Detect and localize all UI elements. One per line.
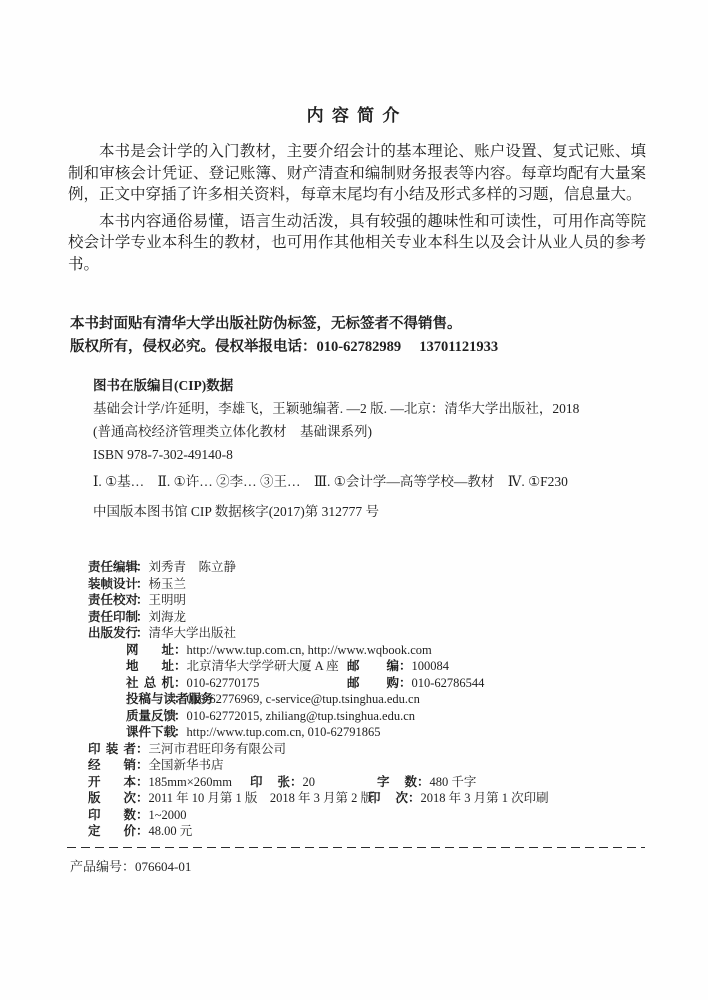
field-value: 185mm×260mm	[149, 775, 232, 789]
field-label: 版次	[88, 790, 136, 807]
colophon-row-website: 网址：http://www.tup.com.cn, http://www.wqb…	[88, 642, 646, 659]
field-value: 王明明	[149, 593, 187, 607]
colon: ：	[417, 775, 430, 789]
summary-paragraph-2: 本书内容通俗易懂，语言生动活泼，具有较强的趣味性和可读性，可用作高等院校会计学专…	[68, 211, 646, 276]
field-label: 印张	[250, 774, 290, 791]
field-value: 100084	[412, 659, 450, 673]
colophon-row-quality-feedback: 质量反馈：010-62772015, zhiliang@tup.tsinghua…	[88, 708, 646, 725]
colon: ：	[174, 725, 187, 739]
field-value: 全国新华书店	[149, 758, 224, 772]
field-value: 1~2000	[149, 808, 187, 822]
colon: ：	[174, 676, 187, 690]
colon: ：	[174, 692, 187, 706]
field-label: 投稿与读者服务	[126, 691, 174, 708]
field-value: 48.00 元	[149, 824, 193, 838]
colon: ：	[399, 676, 412, 690]
colophon: 责任编辑：刘秀青 陈立静 装帧设计：杨玉兰 责任校对：王明明 责任印制：刘海龙 …	[88, 559, 646, 840]
field-value: 480 千字	[430, 775, 477, 789]
word-count-segment: 字数：480 千字	[377, 774, 476, 791]
field-label: 责任印制	[88, 609, 136, 626]
colon: ：	[399, 659, 412, 673]
field-value: 三河市君旺印务有限公司	[149, 742, 287, 756]
product-number-value: 076604-01	[135, 859, 191, 874]
colon: ：	[136, 560, 149, 574]
cip-block: 图书在版编目(CIP)数据 基础会计学/许延明，李雄飞，王颖驰编著. —2 版.…	[93, 374, 651, 523]
colophon-row-edition: 版次：2011 年 10 月第 1 版 2018 年 3 月第 2 版 印次：2…	[88, 790, 646, 807]
field-value: 北京清华大学学研大厦 A 座	[187, 659, 339, 673]
colophon-row-switchboard: 社总机：010-62770175 邮购：010-62786544	[88, 675, 646, 692]
field-label: 质量反馈	[126, 708, 174, 725]
colophon-row-price: 定价：48.00 元	[88, 823, 646, 840]
anti-piracy-line-1: 本书封面贴有清华大学出版社防伪标签，无标签者不得销售。	[70, 313, 646, 336]
field-value: 清华大学出版社	[149, 626, 237, 640]
colon: ：	[136, 610, 149, 624]
colophon-row-designer: 装帧设计：杨玉兰	[88, 576, 646, 593]
colophon-row-reader-service: 投稿与读者服务：010-62776969, c-service@tup.tsin…	[88, 691, 646, 708]
colophon-row-distributor: 经销：全国新华书店	[88, 757, 646, 774]
field-value: 010-62772015, zhiliang@tup.tsinghua.edu.…	[187, 709, 416, 723]
copyright-page: 内 容 简 介 本书是会计学的入门教材，主要介绍会计的基本理论、账户设置、复式记…	[0, 0, 708, 1000]
field-label: 出版发行	[88, 625, 136, 642]
field-value: 刘海龙	[149, 610, 187, 624]
cip-classification: Ⅰ. ①基… Ⅱ. ①许… ②李… ③王… Ⅲ. ①会计学—高等学校—教材 Ⅳ.…	[93, 470, 651, 493]
field-value: 刘秀青 陈立静	[149, 560, 237, 574]
field-value: 20	[303, 775, 316, 789]
anti-piracy-line-2: 版权所有，侵权必究。侵权举报电话：010-62782989 1370112193…	[70, 336, 646, 359]
field-label: 装帧设计	[88, 576, 136, 593]
colophon-row-print-supervisor: 责任印制：刘海龙	[88, 609, 646, 626]
product-number-label: 产品编号	[70, 859, 122, 874]
colon: ：	[174, 659, 187, 673]
field-label: 开本	[88, 774, 136, 791]
field-label: 印装者	[88, 741, 136, 758]
sheets-segment: 印张：20	[250, 774, 315, 791]
colon: ：	[122, 859, 135, 874]
postcode-segment: 邮编：100084	[347, 658, 449, 675]
field-value: 2018 年 3 月第 1 次印刷	[421, 791, 549, 805]
cip-record-number: 中国版本图书馆 CIP 数据核字(2017)第 312777 号	[93, 500, 651, 523]
colon: ：	[290, 775, 303, 789]
colophon-row-address: 地址：北京清华大学学研大厦 A 座 邮编：100084	[88, 658, 646, 675]
field-label: 邮编	[347, 658, 399, 675]
field-label: 邮购	[347, 675, 399, 692]
cip-isbn: ISBN 978-7-302-49140-8	[93, 443, 651, 466]
field-value: 010-62786544	[412, 676, 485, 690]
mail-order-segment: 邮购：010-62786544	[347, 675, 484, 692]
colon: ：	[136, 577, 149, 591]
cip-heading: 图书在版编目(CIP)数据	[93, 374, 651, 397]
colophon-row-editor: 责任编辑：刘秀青 陈立静	[88, 559, 646, 576]
field-label: 社总机	[126, 675, 174, 692]
colon: ：	[136, 791, 149, 805]
colon: ：	[136, 742, 149, 756]
colophon-row-proofreader: 责任校对：王明明	[88, 592, 646, 609]
colon: ：	[136, 775, 149, 789]
content-summary-heading: 内 容 简 介	[0, 101, 708, 126]
colon: ：	[174, 709, 187, 723]
colon: ：	[136, 824, 149, 838]
dashed-divider	[67, 847, 645, 848]
field-value: 010-62776969, c-service@tup.tsinghua.edu…	[187, 692, 420, 706]
field-value: 010-62770175	[187, 676, 260, 690]
product-number: 产品编号：076604-01	[70, 856, 191, 875]
cip-description: 基础会计学/许延明，李雄飞，王颖驰编著. —2 版. —北京：清华大学出版社，2…	[93, 397, 651, 420]
colon: ：	[136, 626, 149, 640]
field-value: 2011 年 10 月第 1 版 2018 年 3 月第 2 版	[149, 791, 374, 805]
summary-paragraph-1: 本书是会计学的入门教材，主要介绍会计的基本理论、账户设置、复式记账、填制和审核会…	[68, 141, 646, 206]
colophon-row-printer: 印装者：三河市君旺印务有限公司	[88, 741, 646, 758]
field-label: 网址	[126, 642, 174, 659]
field-value: 杨玉兰	[149, 577, 187, 591]
field-label: 责任编辑	[88, 559, 136, 576]
field-label: 责任校对	[88, 592, 136, 609]
field-label: 印次	[368, 790, 408, 807]
colon: ：	[136, 593, 149, 607]
field-label: 课件下载	[126, 724, 174, 741]
field-label: 地址	[126, 658, 174, 675]
colophon-row-print-run: 印数：1~2000	[88, 807, 646, 824]
field-label: 定价	[88, 823, 136, 840]
colophon-row-format: 开本：185mm×260mm 印张：20 字数：480 千字	[88, 774, 646, 791]
field-label: 印数	[88, 807, 136, 824]
website-url: http://www.tup.com.cn, http://www.wqbook…	[187, 643, 432, 657]
colon: ：	[136, 808, 149, 822]
content-summary: 本书是会计学的入门教材，主要介绍会计的基本理论、账户设置、复式记账、填制和审核会…	[68, 141, 646, 275]
colon: ：	[408, 791, 421, 805]
colon: ：	[174, 643, 187, 657]
field-value: http://www.tup.com.cn, 010-62791865	[187, 725, 381, 739]
field-label: 字数	[377, 774, 417, 791]
impression-segment: 印次：2018 年 3 月第 1 次印刷	[368, 790, 549, 807]
colophon-row-courseware: 课件下载：http://www.tup.com.cn, 010-62791865	[88, 724, 646, 741]
colophon-row-publisher: 出版发行：清华大学出版社	[88, 625, 646, 642]
cip-series: (普通高校经济管理类立体化教材 基础课系列)	[93, 420, 651, 443]
anti-piracy-notice: 本书封面贴有清华大学出版社防伪标签，无标签者不得销售。 版权所有，侵权必究。侵权…	[70, 313, 646, 358]
field-label: 经销	[88, 757, 136, 774]
colon: ：	[136, 758, 149, 772]
